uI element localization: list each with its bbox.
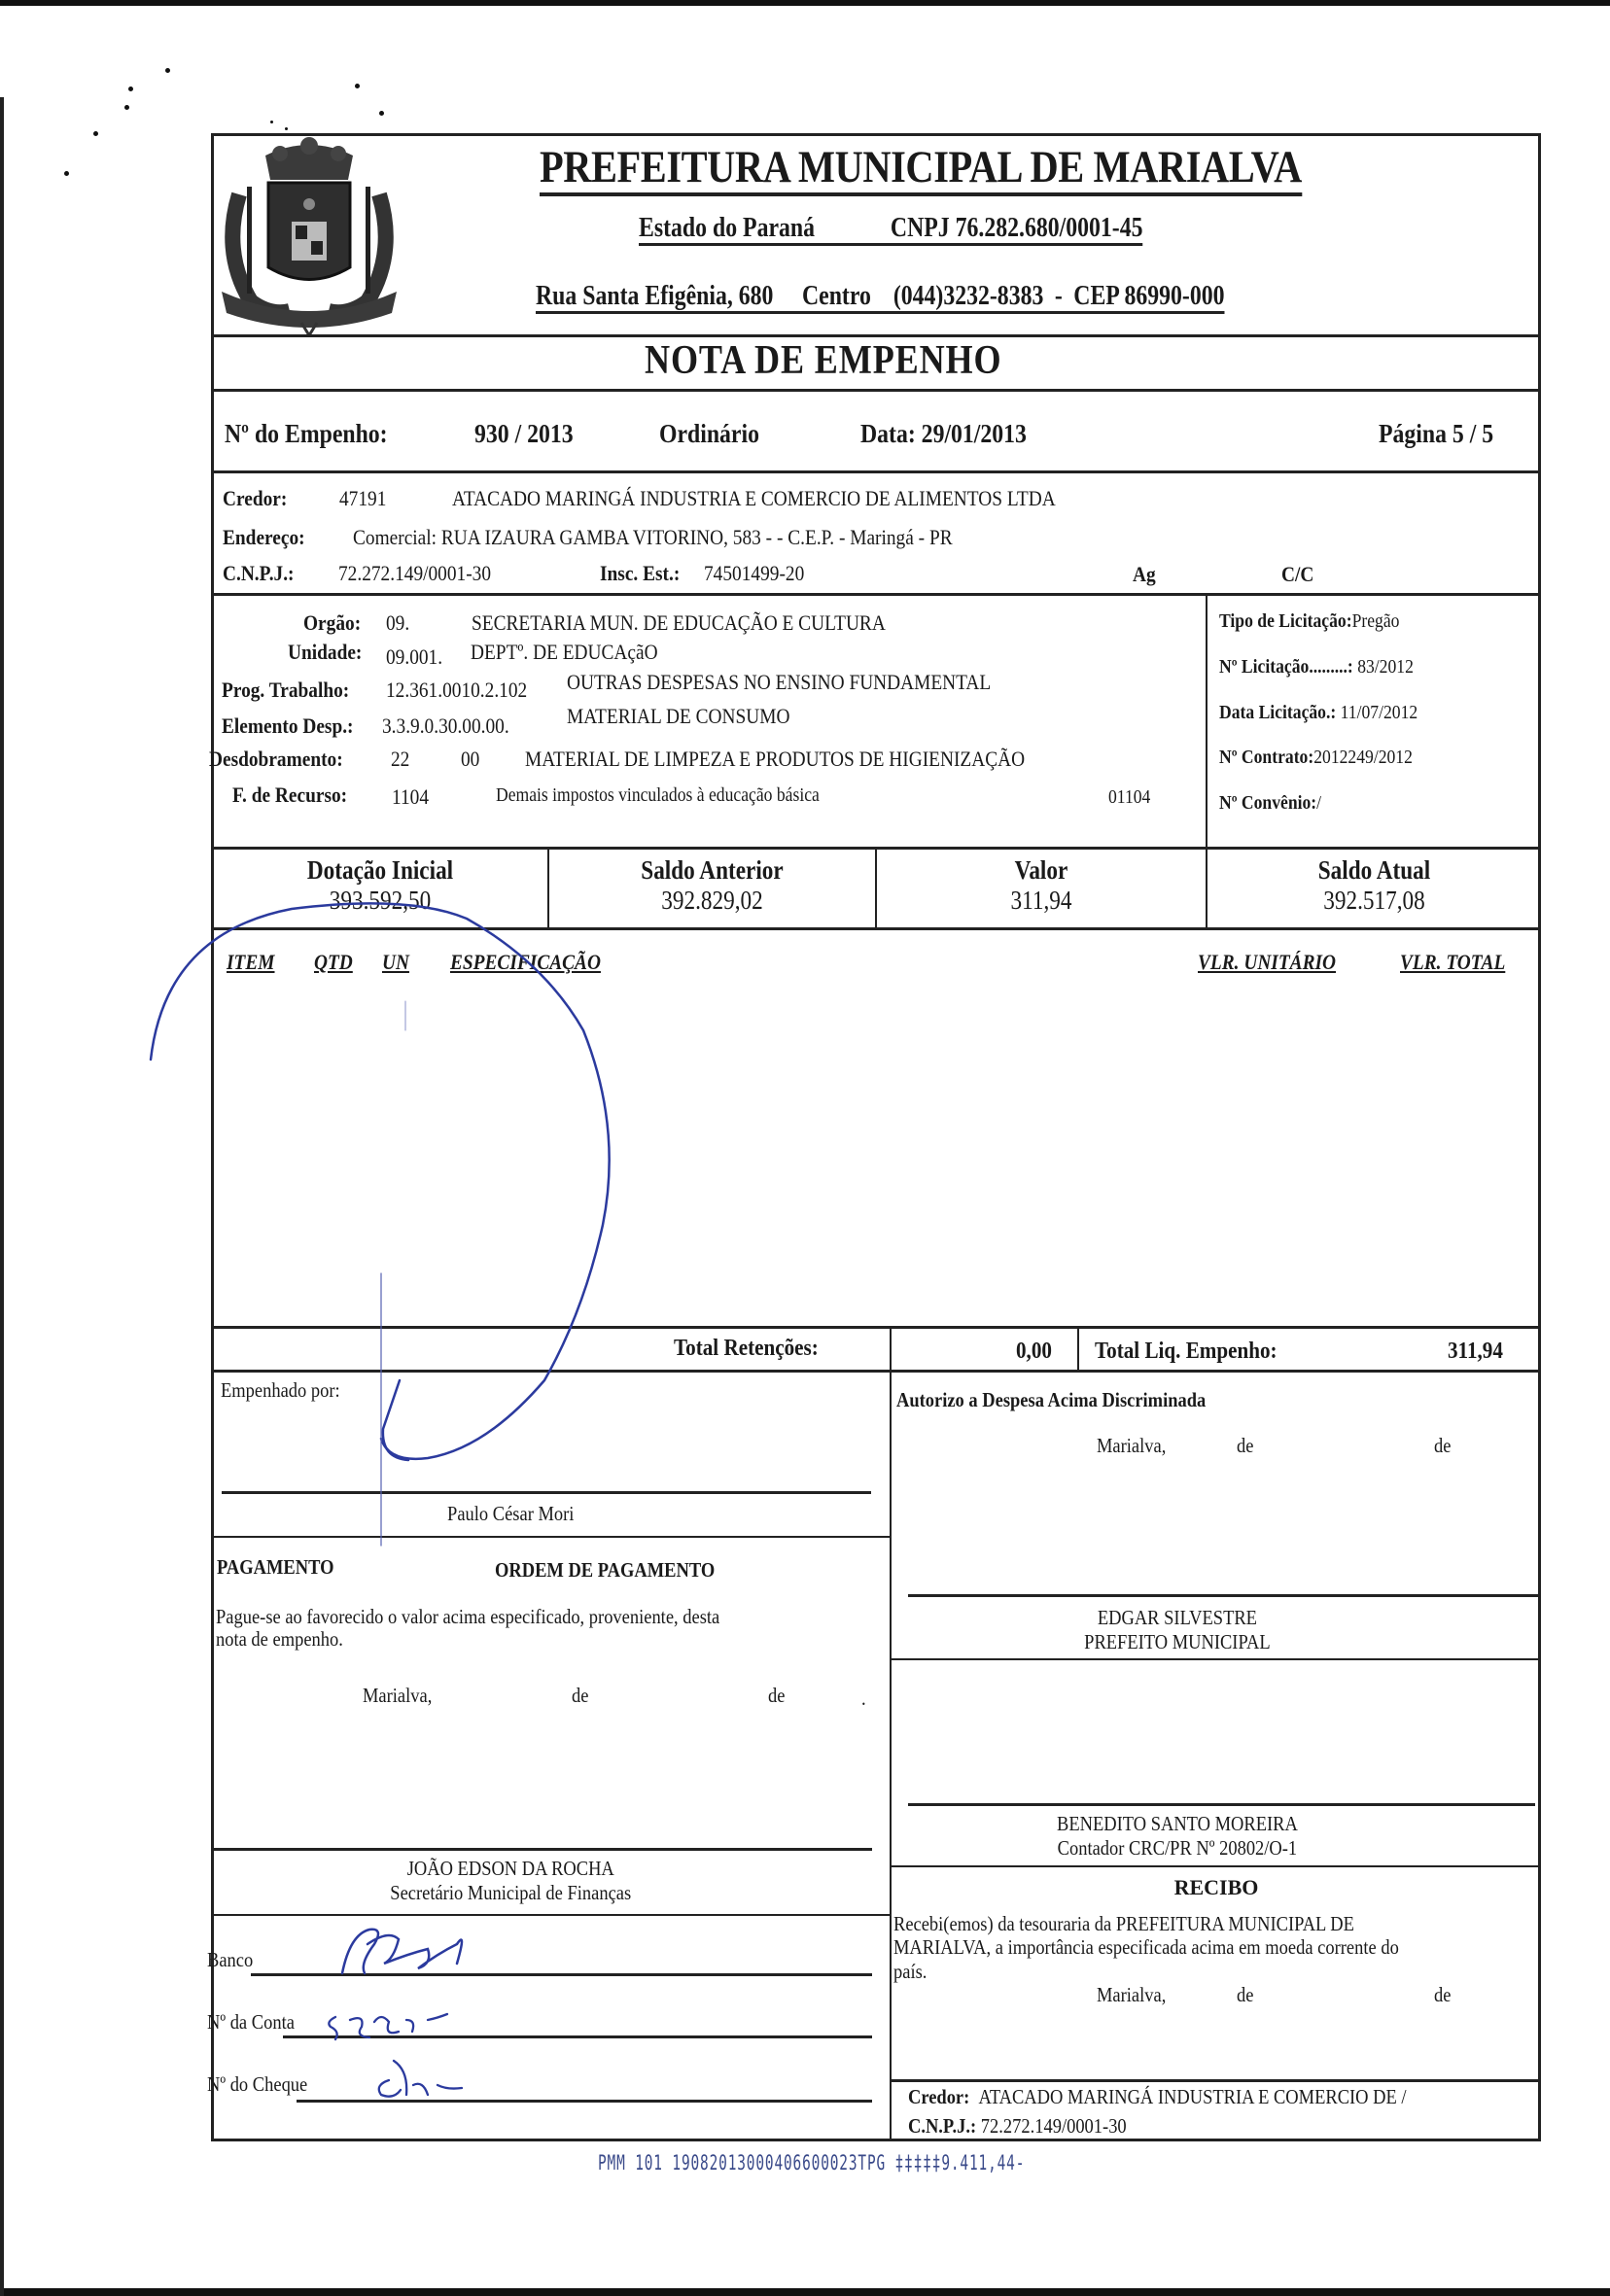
scan-speck <box>165 68 170 73</box>
district: Centro <box>802 280 871 311</box>
cnpj-label: C.N.P.J.: <box>223 561 295 586</box>
dotacao-inicial-cell: Dotação Inicial 393.592,50 <box>213 855 547 916</box>
numero-licitacao-label: Nº Licitação.........: <box>1219 656 1353 678</box>
signature-line <box>892 2079 1541 2082</box>
valor-cell: Valor 311,94 <box>877 855 1206 916</box>
desdobramento-code1: 22 <box>391 747 409 772</box>
banco-label: Banco <box>207 1948 253 1972</box>
prog-trabalho-name: OUTRAS DESPESAS NO ENSINO FUNDAMENTAL <box>567 670 991 695</box>
contador-title: Contador CRC/PR Nº 20802/O-1 <box>892 1836 1463 1861</box>
recibo-text-line2: MARIALVA, a importância especificada aci… <box>893 1935 1399 1960</box>
endereco-label: Endereço: <box>223 525 305 550</box>
total-liquido-value: 311,94 <box>1448 1339 1503 1365</box>
recibo-date-de1: de <box>1237 1983 1253 2007</box>
municipality-title: PREFEITURA MUNICIPAL DE MARIALVA <box>540 144 1302 196</box>
divider <box>211 470 1541 473</box>
divider <box>892 1658 1541 1660</box>
column-header-un: UN <box>382 950 409 975</box>
banco-input-line[interactable] <box>251 1973 872 1976</box>
saldo-anterior-cell: Saldo Anterior 392.829,02 <box>549 855 875 916</box>
column-divider <box>1206 595 1207 848</box>
endereco-value: Comercial: RUA IZAURA GAMBA VITORINO, 58… <box>353 525 953 550</box>
recibo-date-city: Marialva, <box>1097 1983 1166 2007</box>
recibo-text-line1: Recebi(emos) da tesouraria da PREFEITURA… <box>893 1912 1354 1936</box>
empenhado-por-label: Empenhado por: <box>221 1378 340 1403</box>
secretario-signatory: JOÃO EDSON DA ROCHA Secretário Municipal… <box>213 1857 890 1905</box>
signature-line <box>222 1491 871 1494</box>
empenho-type: Ordinário <box>659 419 759 449</box>
signature-line <box>908 1594 1540 1597</box>
column-divider <box>1077 1328 1079 1371</box>
pagamento-label: PAGAMENTO <box>217 1555 333 1580</box>
orgao-label: Orgão: <box>303 610 361 636</box>
saldo-anterior-value: 392.829,02 <box>572 886 852 916</box>
conta-label: Nº da Conta <box>207 2010 295 2035</box>
tipo-licitacao-label: Tipo de Licitação: <box>1219 610 1352 632</box>
data-licitacao-value: 11/07/2012 <box>1341 702 1418 723</box>
insc-est-label: Insc. Est.: <box>600 561 680 586</box>
pagamento-date-de1: de <box>572 1684 588 1708</box>
contador-signatory: BENEDITO SANTO MOREIRA Contador CRC/PR N… <box>892 1812 1541 1861</box>
saldo-anterior-label: Saldo Anterior <box>572 855 852 886</box>
recibo-date-de2: de <box>1434 1983 1451 2007</box>
ordem-pagamento-text: Pague-se ao favorecido o valor acima esp… <box>216 1605 719 1629</box>
credor-label: Credor: <box>223 486 287 511</box>
column-divider <box>890 1372 892 2141</box>
fonte-recurso-code: 1104 <box>392 784 429 810</box>
scan-speck <box>64 171 69 176</box>
phone: (044)3232-8383 <box>893 280 1044 311</box>
page-indicator: Página 5 / 5 <box>1379 419 1493 449</box>
desdobramento-name: MATERIAL DE LIMPEZA E PRODUTOS DE HIGIEN… <box>525 747 1025 772</box>
empenho-label: Nº do Empenho: <box>225 419 388 449</box>
scan-border-bottom <box>0 2288 1610 2296</box>
cep: CEP 86990-000 <box>1073 280 1224 311</box>
saldo-atual-value: 392.517,08 <box>1231 886 1518 916</box>
divider <box>211 1914 890 1916</box>
signature-line <box>212 1848 872 1851</box>
prefeito-title: PREFEITO MUNICIPAL <box>892 1630 1463 1654</box>
total-retencoes-label: Total Retenções: <box>674 1336 819 1362</box>
empenho-date: Data: 29/01/2013 <box>860 419 1027 449</box>
recibo-text-line3: país. <box>893 1960 927 1984</box>
autorizo-despesa-label: Autorizo a Despesa Acima Discriminada <box>896 1388 1206 1412</box>
column-header-item: ITEM <box>227 950 275 975</box>
data-licitacao-label: Data Licitação.: <box>1219 702 1336 723</box>
street-address: Rua Santa Efigênia, 680 <box>536 280 773 311</box>
prog-trabalho-code: 12.361.0010.2.102 <box>386 678 527 703</box>
fonte-recurso-code2: 01104 <box>1108 786 1150 809</box>
recibo-cnpj-label: C.N.P.J.: <box>908 2114 976 2138</box>
autorizo-date-de1: de <box>1237 1434 1253 1458</box>
numero-contrato: Nº Contrato:2012249/2012 <box>1219 747 1413 769</box>
conta-corrente-label: C/C <box>1281 562 1313 587</box>
signature-line <box>908 1803 1535 1806</box>
scan-speck <box>93 131 98 136</box>
secretario-title: Secretário Municipal de Finanças <box>213 1881 808 1905</box>
autorizo-date-city: Marialva, <box>1097 1434 1166 1458</box>
agencia-label: Ag <box>1133 562 1156 587</box>
scan-border-left <box>0 97 4 2296</box>
column-header-qtd: QTD <box>314 950 353 975</box>
fonte-recurso-name: Demais impostos vinculados à educação bá… <box>496 784 820 807</box>
prefeito-signatory: EDGAR SILVESTRE PREFEITO MUNICIPAL <box>892 1606 1541 1654</box>
column-header-especificacao: ESPECIFICAÇÃO <box>450 950 601 975</box>
scan-border-top <box>0 0 1610 6</box>
prefeito-name: EDGAR SILVESTRE <box>892 1606 1463 1630</box>
tipo-licitacao-value: Pregão <box>1352 610 1400 632</box>
saldo-atual-label: Saldo Atual <box>1231 855 1518 886</box>
recibo-credor-value: ATACADO MARINGÁ INDUSTRIA E COMERCIO DE … <box>979 2085 1407 2108</box>
divider <box>211 389 1541 392</box>
fonte-recurso-label: F. de Recurso: <box>232 783 347 808</box>
state-and-cnpj: Estado do ParanáCNPJ 76.282.680/0001-45 <box>639 212 1143 246</box>
recibo-credor-label: Credor: <box>908 2085 969 2108</box>
recibo-cnpj: C.N.P.J.: 72.272.149/0001-30 <box>908 2114 1127 2139</box>
separator: - <box>1055 280 1063 311</box>
pagamento-date-dot: . <box>861 1687 866 1711</box>
desdobramento-label: Desdobramento: <box>209 747 343 772</box>
pagamento-date-city: Marialva, <box>363 1684 432 1708</box>
dotacao-inicial-value: 393.592,50 <box>236 886 524 916</box>
elemento-despesa-label: Elemento Desp.: <box>222 713 354 739</box>
prog-trabalho-label: Prog. Trabalho: <box>222 678 349 703</box>
numero-contrato-value: 2012249/2012 <box>1313 747 1413 768</box>
divider <box>211 1326 1541 1329</box>
contador-name: BENEDITO SANTO MOREIRA <box>892 1812 1463 1836</box>
municipality-cnpj: CNPJ 76.282.680/0001-45 <box>891 212 1143 243</box>
numero-convenio: Nº Convênio:/ <box>1219 792 1321 815</box>
valor-label: Valor <box>900 855 1183 886</box>
ordem-pagamento-text-2: nota de empenho. <box>216 1627 343 1652</box>
numero-contrato-label: Nº Contrato: <box>1219 747 1313 768</box>
dotacao-inicial-label: Dotação Inicial <box>236 855 524 886</box>
document-title: NOTA DE EMPENHO <box>645 337 1001 384</box>
unidade-name: DEPTº. DE EDUCAçãO <box>471 640 658 665</box>
divider <box>211 593 1541 596</box>
numero-convenio-label: Nº Convênio: <box>1219 792 1316 814</box>
bank-authentication-stamp: PMM 101 19082013000406600023TPG ‡‡‡‡‡9.4… <box>598 2151 1025 2175</box>
divider <box>211 1536 890 1538</box>
orgao-name: SECRETARIA MUN. DE EDUCAÇÃO E CULTURA <box>472 610 886 636</box>
total-liquido-label: Total Liq. Empenho: <box>1095 1339 1277 1365</box>
elemento-despesa-name: MATERIAL DE CONSUMO <box>567 704 789 729</box>
numero-licitacao-value: 83/2012 <box>1357 656 1414 678</box>
scan-speck <box>128 87 133 91</box>
scan-speck <box>285 127 288 130</box>
numero-licitacao: Nº Licitação.........: 83/2012 <box>1219 656 1414 678</box>
empenhado-por-signatory: Paulo César Mori <box>213 1502 890 1526</box>
recibo-credor: Credor: ATACADO MARINGÁ INDUSTRIA E COME… <box>908 2085 1407 2109</box>
scan-speck <box>124 105 129 110</box>
elemento-despesa-code: 3.3.9.0.30.00.00. <box>382 713 509 739</box>
empenhado-por-name: Paulo César Mori <box>213 1502 808 1526</box>
municipal-coat-of-arms-icon <box>212 136 406 335</box>
ordem-pagamento-title: ORDEM DE PAGAMENTO <box>495 1558 715 1583</box>
total-retencoes-value: 0,00 <box>1016 1339 1052 1365</box>
divider <box>211 1370 1541 1373</box>
saldo-atual-cell: Saldo Atual 392.517,08 <box>1207 855 1541 916</box>
autorizo-date-de2: de <box>1434 1434 1451 1458</box>
state-name: Estado do Paraná <box>639 212 815 243</box>
recibo-title: RECIBO <box>892 1875 1541 1900</box>
secretario-name: JOÃO EDSON DA ROCHA <box>213 1857 808 1881</box>
divider <box>211 927 1541 930</box>
credor-name: ATACADO MARINGÁ INDUSTRIA E COMERCIO DE … <box>452 486 1056 511</box>
scan-speck <box>270 121 273 123</box>
unidade-label: Unidade: <box>288 640 362 665</box>
recibo-cnpj-value: 72.272.149/0001-30 <box>981 2114 1127 2138</box>
column-divider <box>890 1328 892 1371</box>
desdobramento-code2: 00 <box>461 747 479 772</box>
credor-code: 47191 <box>339 486 386 511</box>
municipality-address: Rua Santa Efigênia, 680Centro(044)3232-8… <box>536 280 1225 314</box>
insc-est-value: 74501499-20 <box>704 561 804 586</box>
data-licitacao: Data Licitação.: 11/07/2012 <box>1219 702 1417 724</box>
empenho-number: 930 / 2013 <box>474 419 574 449</box>
column-header-vlr-total: VLR. TOTAL <box>1400 950 1505 975</box>
numero-convenio-value: / <box>1316 792 1321 814</box>
conta-input-line[interactable] <box>283 2035 872 2038</box>
divider <box>892 1865 1541 1867</box>
column-header-vlr-unitario: VLR. UNITÁRIO <box>1198 950 1336 975</box>
unidade-code: 09.001. <box>386 644 442 670</box>
recibo-title-box: RECIBO <box>892 1875 1541 1900</box>
cnpj-value: 72.272.149/0001-30 <box>338 561 491 586</box>
cheque-input-line[interactable] <box>297 2100 872 2103</box>
scan-speck <box>355 84 360 88</box>
pagamento-date-de2: de <box>768 1684 785 1708</box>
valor-value: 311,94 <box>900 886 1183 916</box>
cheque-label: Nº do Cheque <box>207 2072 307 2097</box>
scan-speck <box>379 111 384 116</box>
orgao-code: 09. <box>386 610 409 636</box>
tipo-licitacao: Tipo de Licitação:Pregão <box>1219 610 1399 633</box>
